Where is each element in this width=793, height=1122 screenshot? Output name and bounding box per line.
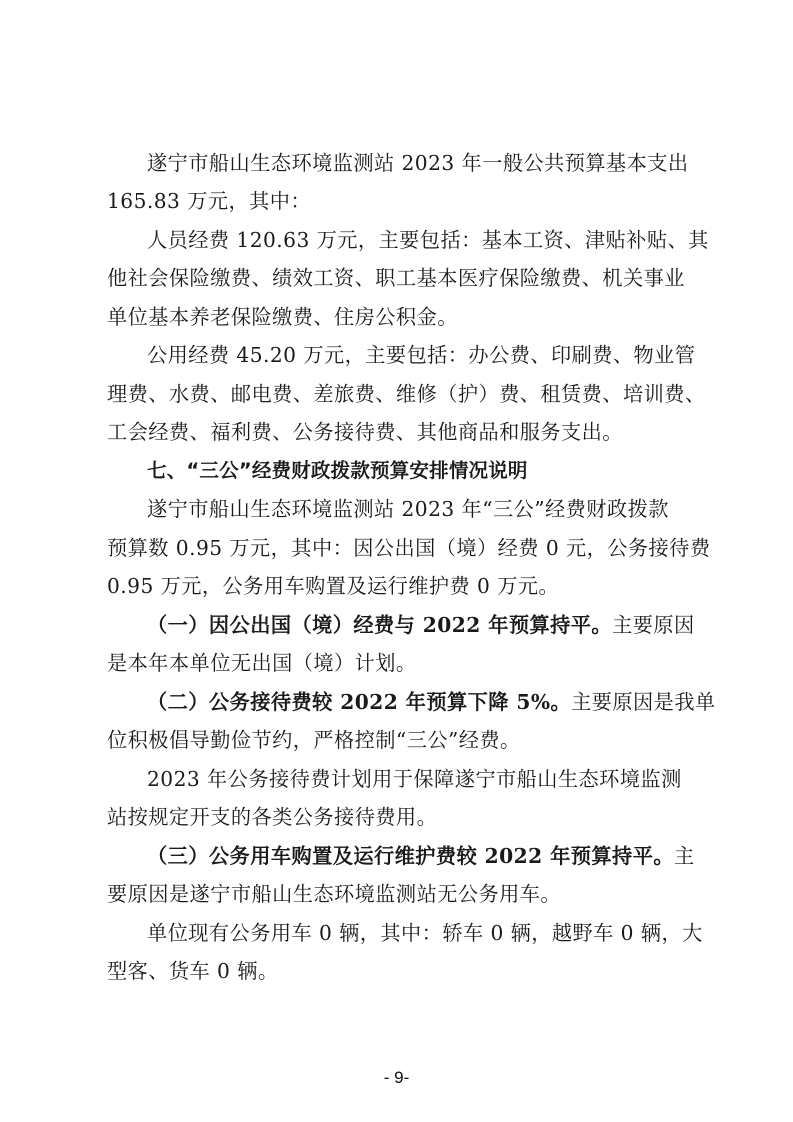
text-run: 主要原因是我单 [571, 690, 715, 714]
paragraph-line: 2023 年公务接待费计划用于保障遂宁市船山生态环境监测 [147, 764, 697, 794]
text-run-sans: 船山生态环境监测 [517, 767, 682, 791]
paragraph-line: 单位基本养老保险缴费、住房公积金。 [107, 302, 697, 332]
paragraph-line: （二）公务接待费较 2022 年预算下降 5%。主要原因是我单 [147, 687, 697, 717]
paragraph-line: 站按规定开支的各类公务接待费用。 [107, 802, 697, 832]
paragraph-line: （一）因公出国（境）经费与 2022 年预算持平。主要原因 [147, 610, 697, 640]
text-run: 2023 年公务接待费计划用于保障遂宁市 [147, 767, 517, 791]
paragraph-line: 人员经费 120.63 万元，主要包括：基本工资、津贴补贴、其 [147, 225, 697, 255]
paragraph-line: （三）公务用车购置及运行维护费较 2022 年预算持平。主 [147, 841, 697, 871]
paragraph-line: 要原因是遂宁市船山生态环境监测站无公务用车。 [107, 879, 697, 909]
bold-lead: （二）公务接待费较 2022 年预算下降 5%。 [147, 690, 571, 714]
paragraph-line: 他社会保险缴费、绩效工资、职工基本医疗保险缴费、机关事业 [107, 263, 697, 293]
paragraph-line: 是本年本单位无出国（境）计划。 [107, 648, 697, 678]
paragraph-line: 型客、货车 0 辆。 [107, 956, 697, 986]
paragraph-line: 位积极倡导勤俭节约，严格控制“三公”经费。 [107, 725, 697, 755]
paragraph-line: 0.95 万元，公务用车购置及运行维护费 0 万元。 [107, 571, 697, 601]
paragraph-line: 遂宁市船山生态环境监测站 2023 年“三公”经费财政拨款 [147, 494, 697, 524]
paragraph-line: 遂宁市船山生态环境监测站 2023 年一般公共预算基本支出 [147, 148, 697, 178]
text-run: 主 [674, 844, 695, 868]
bold-lead: （三）公务用车购置及运行维护费较 2022 年预算持平。 [147, 844, 674, 868]
section-heading: 七、“三公”经费财政拨款预算安排情况说明 [147, 456, 697, 486]
paragraph-line: 165.83 万元，其中： [107, 186, 697, 216]
paragraph-line: 工会经费、福利费、公务接待费、其他商品和服务支出。 [107, 417, 697, 447]
paragraph-line: 理费、水费、邮电费、差旅费、维修（护）费、租赁费、培训费、 [107, 379, 697, 409]
bold-lead: （一）因公出国（境）经费与 2022 年预算持平。 [147, 613, 612, 637]
document-page: 遂宁市船山生态环境监测站 2023 年一般公共预算基本支出 165.83 万元，… [0, 0, 793, 1122]
page-number: - 9- [0, 1068, 793, 1088]
paragraph-line: 单位现有公务用车 0 辆，其中：轿车 0 辆，越野车 0 辆，大 [147, 918, 697, 948]
paragraph-line: 公用经费 45.20 万元，主要包括：办公费、印刷费、物业管 [147, 340, 697, 370]
text-run: 主要原因 [612, 613, 695, 637]
paragraph-line: 预算数 0.95 万元，其中：因公出国（境）经费 0 元，公务接待费 [107, 533, 697, 563]
